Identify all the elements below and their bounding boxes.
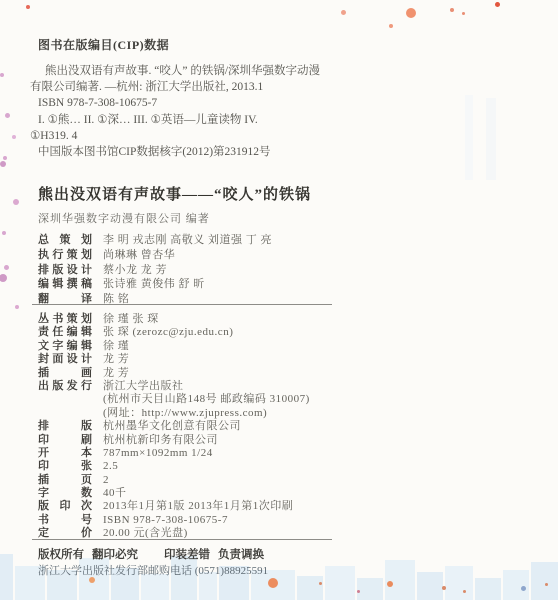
credit-row: 排版设计 蔡小龙 龙 芳 bbox=[38, 263, 508, 278]
cip-line: I. ①熊… II. ①深… III. ①英语—儿童读物 IV. bbox=[30, 112, 420, 128]
confetti-dot bbox=[0, 161, 6, 167]
credit-label: 印 刷 bbox=[38, 434, 92, 447]
confetti-dot bbox=[442, 586, 446, 590]
notice-phrase: 负责调换 bbox=[218, 549, 264, 561]
confetti-dot bbox=[3, 156, 7, 160]
credit-row: 出版发行 浙江大学出版社 bbox=[38, 380, 508, 393]
credit-label: 插 页 bbox=[38, 474, 92, 487]
credit-value: ISBN 978-7-308-10675-7 bbox=[103, 514, 228, 527]
confetti-dot bbox=[495, 2, 500, 7]
credit-label: 总 策 划 bbox=[38, 233, 92, 248]
confetti-dot bbox=[357, 590, 360, 593]
confetti-dot bbox=[521, 586, 526, 591]
credit-label: 责任编辑 bbox=[38, 326, 92, 339]
credit-row: 版 印 次 2013年1月第1版 2013年1月第1次印刷 bbox=[38, 500, 508, 513]
cip-line: 中国版本图书馆CIP数据核字(2012)第231912号 bbox=[30, 144, 420, 160]
confetti-dot bbox=[387, 581, 393, 587]
credit-label: 文字编辑 bbox=[38, 340, 92, 353]
credit-value: 2013年1月第1版 2013年1月第1次印刷 bbox=[103, 500, 293, 513]
credit-row: 总 策 划 李 明 戎志刚 高敬义 刘道强 丁 亮 bbox=[38, 233, 508, 248]
cip-line: ISBN 978-7-308-10675-7 bbox=[30, 95, 420, 111]
credit-value: 张 琛 (zerozc@zju.edu.cn) bbox=[103, 326, 233, 339]
cip-line: 有限公司编著. —杭州: 浙江大学出版社, 2013.1 bbox=[30, 79, 420, 95]
skyline-bar bbox=[531, 562, 558, 600]
credit-value: 李 明 戎志刚 高敬义 刘道强 丁 亮 bbox=[103, 233, 272, 248]
confetti-dot bbox=[545, 583, 548, 586]
credit-label: 排版设计 bbox=[38, 263, 92, 278]
credit-value: 徐 瑾 bbox=[103, 340, 129, 353]
cip-paragraph: 熊出没双语有声故事. “咬人” 的铁锅/深圳华强数字动漫 有限公司编著. —杭州… bbox=[30, 63, 420, 160]
confetti-dot bbox=[15, 305, 19, 309]
credit-label: 书 号 bbox=[38, 514, 92, 527]
credit-value: 2 bbox=[103, 474, 109, 487]
credit-row: 插 画 龙 芳 bbox=[38, 367, 508, 380]
divider bbox=[32, 539, 332, 540]
credit-value: 浙江大学出版社 bbox=[103, 380, 184, 393]
credit-label: 出版发行 bbox=[38, 380, 92, 393]
credit-label: 印 张 bbox=[38, 460, 92, 473]
confetti-dot bbox=[450, 8, 454, 12]
credit-value: 787mm×1092mm 1/24 bbox=[103, 447, 213, 460]
faint-background-strip bbox=[465, 95, 473, 180]
credit-label: 丛书策划 bbox=[38, 313, 92, 326]
book-copyright-page: 图书在版编目(CIP)数据 熊出没双语有声故事. “咬人” 的铁锅/深圳华强数字… bbox=[0, 0, 558, 600]
credit-label: 版 印 次 bbox=[38, 500, 92, 513]
credit-row: 印 刷 杭州杭新印务有限公司 bbox=[38, 434, 508, 447]
skyline-bar bbox=[503, 570, 529, 600]
publisher-website: (网址：http://www.zjupress.com) bbox=[103, 407, 267, 420]
credit-value: 杭州杭新印务有限公司 bbox=[103, 434, 218, 447]
credit-value: 杭州墨华文化创意有限公司 bbox=[103, 420, 241, 433]
faint-background-strip bbox=[486, 98, 496, 180]
skyline-bar bbox=[357, 578, 383, 600]
credit-value: 龙 芳 bbox=[103, 367, 129, 380]
credit-label: 封面设计 bbox=[38, 353, 92, 366]
skyline-bar bbox=[0, 554, 13, 600]
credit-label-empty bbox=[38, 407, 92, 420]
credit-row: 封面设计 龙 芳 bbox=[38, 353, 508, 366]
credit-label: 执行策划 bbox=[38, 248, 92, 263]
mail-order-phone: 浙江大学出版社发行部邮购电话 (0571)88925591 bbox=[38, 562, 268, 578]
credits-primary: 总 策 划 李 明 戎志刚 高敬义 刘道强 丁 亮 执行策划 尚琳琳 曾杏华 排… bbox=[38, 233, 508, 307]
credits-publishing: 丛书策划 徐 瑾 张 琛 责任编辑 张 琛 (zerozc@zju.edu.cn… bbox=[38, 313, 508, 541]
skyline-bar bbox=[417, 572, 443, 600]
notice-phrase: 版权所有 bbox=[38, 549, 84, 561]
credit-label: 排 版 bbox=[38, 420, 92, 433]
confetti-dot bbox=[389, 24, 393, 28]
confetti-dot bbox=[406, 8, 416, 18]
credit-row-continuation: (网址：http://www.zjupress.com) bbox=[38, 407, 508, 420]
skyline-bar bbox=[475, 578, 501, 600]
credit-value: 龙 芳 bbox=[103, 353, 129, 366]
confetti-dot bbox=[5, 113, 10, 118]
credit-label: 编辑撰稿 bbox=[38, 277, 92, 292]
credit-value: 2.5 bbox=[103, 460, 118, 473]
book-author: 深圳华强数字动漫有限公司 编著 bbox=[38, 210, 210, 226]
credit-row: 编辑撰稿 张诗雅 黄俊伟 舒 昕 bbox=[38, 277, 508, 292]
notice-phrase: 翻印必究 bbox=[92, 549, 138, 561]
cip-line: 熊出没双语有声故事. “咬人” 的铁锅/深圳华强数字动漫 bbox=[30, 63, 420, 79]
skyline-bar bbox=[445, 566, 473, 600]
confetti-dot bbox=[26, 5, 30, 9]
divider bbox=[32, 304, 332, 305]
confetti-dot bbox=[341, 10, 346, 15]
confetti-dot bbox=[268, 578, 278, 588]
credit-row: 责任编辑 张 琛 (zerozc@zju.edu.cn) bbox=[38, 326, 508, 339]
confetti-dot bbox=[2, 231, 6, 235]
cip-line: ①H319. 4 bbox=[30, 128, 420, 144]
credit-value: 张诗雅 黄俊伟 舒 昕 bbox=[103, 277, 205, 292]
credit-label: 插 画 bbox=[38, 367, 92, 380]
skyline-bar bbox=[297, 576, 323, 600]
credit-row: 书 号 ISBN 978-7-308-10675-7 bbox=[38, 514, 508, 527]
credit-row: 文字编辑 徐 瑾 bbox=[38, 340, 508, 353]
confetti-dot bbox=[4, 265, 9, 270]
credit-value: 40千 bbox=[103, 487, 127, 500]
credit-value: 徐 瑾 张 琛 bbox=[103, 313, 159, 326]
confetti-dot bbox=[462, 12, 465, 15]
credit-row: 插 页 2 bbox=[38, 474, 508, 487]
confetti-dot bbox=[319, 582, 322, 585]
confetti-dot bbox=[463, 590, 466, 593]
confetti-dot bbox=[13, 199, 19, 205]
credit-row: 执行策划 尚琳琳 曾杏华 bbox=[38, 248, 508, 263]
credit-row: 字 数 40千 bbox=[38, 487, 508, 500]
cip-heading: 图书在版编目(CIP)数据 bbox=[38, 36, 169, 53]
credit-value: 尚琳琳 曾杏华 bbox=[103, 248, 175, 263]
skyline-bar bbox=[325, 566, 355, 600]
credit-label: 字 数 bbox=[38, 487, 92, 500]
copyright-notice: 版权所有翻印必究印装差错负责调换 bbox=[38, 546, 264, 562]
book-title: 熊出没双语有声故事——“咬人”的铁锅 bbox=[38, 183, 311, 204]
credit-row: 印 张 2.5 bbox=[38, 460, 508, 473]
credit-row: 开 本 787mm×1092mm 1/24 bbox=[38, 447, 508, 460]
credit-value: 蔡小龙 龙 芳 bbox=[103, 263, 167, 278]
publisher-address: (杭州市天目山路148号 邮政编码 310007) bbox=[103, 393, 310, 406]
confetti-dot bbox=[0, 274, 7, 282]
credit-row-continuation: (杭州市天目山路148号 邮政编码 310007) bbox=[38, 393, 508, 406]
credit-row: 丛书策划 徐 瑾 张 琛 bbox=[38, 313, 508, 326]
notice-phrase: 印装差错 bbox=[164, 549, 210, 561]
skyline-bar bbox=[385, 560, 415, 600]
credit-label-empty bbox=[38, 393, 92, 406]
confetti-dot bbox=[0, 73, 4, 77]
confetti-dot bbox=[12, 135, 16, 139]
credit-row: 排 版 杭州墨华文化创意有限公司 bbox=[38, 420, 508, 433]
credit-label: 开 本 bbox=[38, 447, 92, 460]
